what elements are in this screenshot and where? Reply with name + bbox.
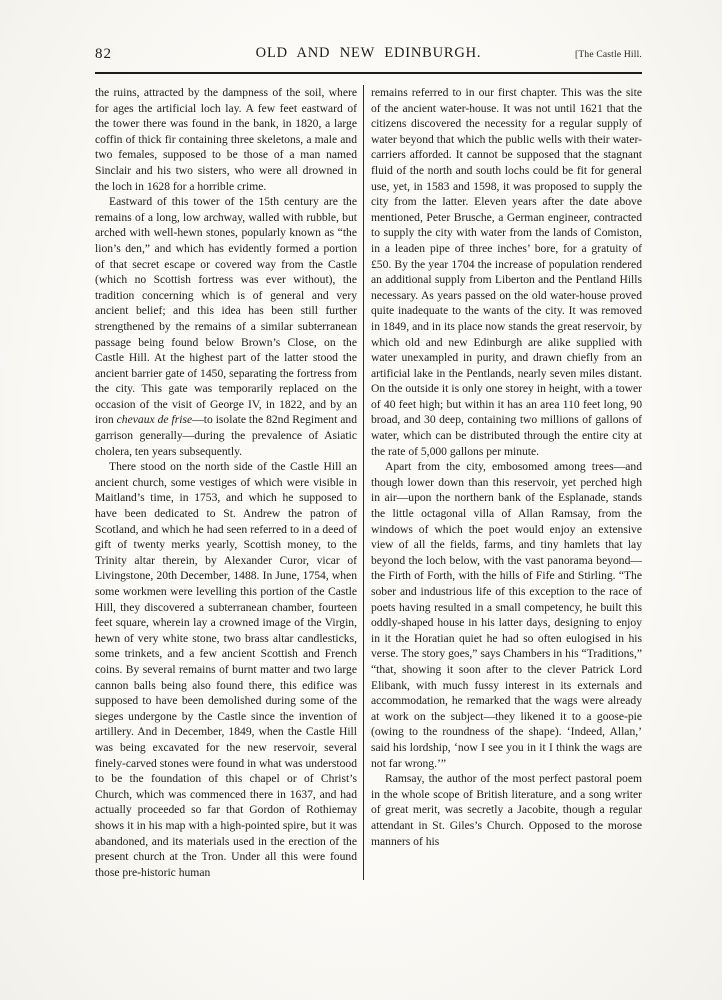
header-rule — [95, 72, 642, 74]
paragraph: remains referred to in our first chapter… — [371, 85, 642, 459]
book-page: 82 OLD AND NEW EDINBURGH. [The Castle Hi… — [0, 0, 722, 1000]
right-column: remains referred to in our first chapter… — [371, 85, 642, 880]
page-header: 82 OLD AND NEW EDINBURGH. [The Castle Hi… — [95, 45, 642, 67]
running-head: [The Castle Hill. — [575, 50, 642, 60]
italic-phrase: chevaux de frise — [117, 413, 192, 426]
paragraph-text: Eastward of this tower of the 15th centu… — [95, 195, 357, 426]
paragraph: Ramsay, the author of the most perfect p… — [371, 771, 642, 849]
paragraph: There stood on the north side of the Cas… — [95, 459, 357, 880]
page-title: OLD AND NEW EDINBURGH. — [95, 45, 642, 62]
paragraph: Apart from the city, embosomed among tre… — [371, 459, 642, 771]
page-number: 82 — [95, 46, 112, 63]
paragraph: Eastward of this tower of the 15th centu… — [95, 194, 357, 459]
page-content: 82 OLD AND NEW EDINBURGH. [The Castle Hi… — [95, 45, 642, 880]
column-divider — [363, 85, 364, 880]
paragraph: the ruins, attracted by the dampness of … — [95, 85, 357, 194]
left-column: the ruins, attracted by the dampness of … — [95, 85, 357, 880]
text-columns: the ruins, attracted by the dampness of … — [95, 85, 642, 880]
